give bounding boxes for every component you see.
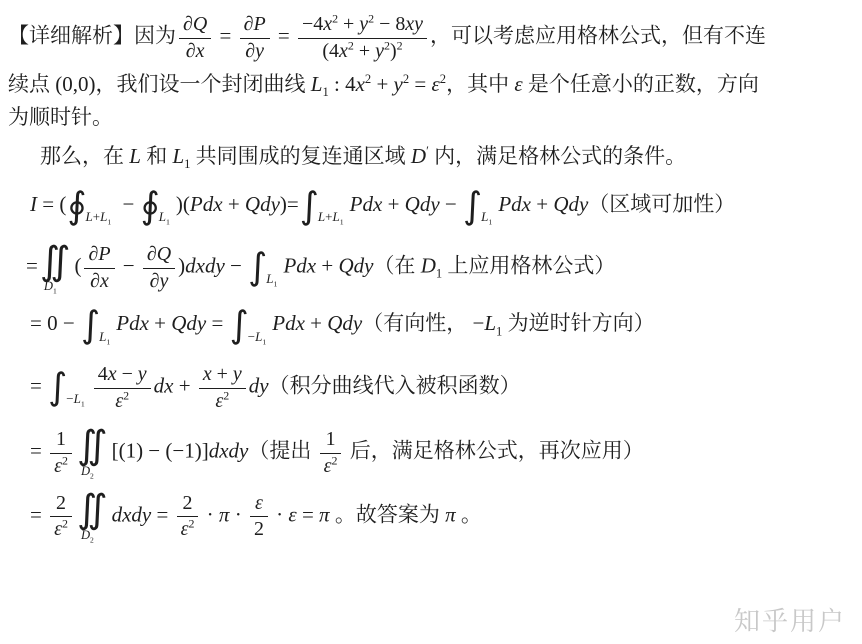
subscript: 2	[90, 535, 94, 544]
fraction: ∂P∂y	[240, 12, 270, 63]
fraction-denominator: ε2	[50, 453, 72, 478]
math-variable: y	[394, 72, 403, 96]
math-variable: ∂P	[244, 13, 266, 35]
math-variable: L	[172, 144, 184, 168]
superscript: 2	[188, 517, 194, 531]
math-variable: ε	[54, 455, 62, 477]
subscript: 1	[274, 280, 278, 289]
math-variable: L	[129, 144, 141, 168]
double-integral-symbol: ∬	[77, 491, 108, 530]
text-run: )	[390, 40, 397, 62]
math-variable: Qdy	[245, 192, 280, 216]
fraction-numerator: ∂P	[84, 242, 114, 268]
superscript: 2	[62, 517, 68, 531]
integral-symbol: ∫	[48, 368, 67, 407]
text-run: ·	[271, 502, 289, 526]
subscript: 1	[488, 218, 492, 227]
text-run: 4	[98, 363, 108, 385]
math-variable: L	[74, 391, 81, 406]
fraction-numerator: ∂P	[240, 12, 270, 38]
text-run: 1	[326, 428, 336, 450]
integral-symbol: ∮	[141, 187, 160, 226]
text-run: 共同围成的复连通区域	[190, 144, 411, 168]
fraction-denominator: ε2	[320, 453, 342, 478]
fraction-numerator: −4x2 + y2 − 8xy	[298, 12, 427, 38]
math-variable: ε	[514, 72, 522, 96]
text-run: =	[30, 373, 47, 397]
subscript: 1	[262, 337, 266, 346]
math-variable: D	[81, 464, 90, 478]
zhihu-user-watermark: 知乎用户	[734, 601, 846, 638]
subscript: 1	[340, 218, 344, 227]
math-variable: L	[311, 72, 323, 96]
text-run: [(1) − (−1)]	[112, 438, 209, 462]
subscript: 1	[107, 218, 111, 227]
text-run: （有向性， −	[362, 311, 484, 335]
math-variable: ε	[288, 502, 296, 526]
math-variable: dxdy	[185, 254, 225, 278]
text-run: (4	[322, 40, 339, 62]
document-page: 【详细解析】因为∂Q∂x = ∂P∂y = −4x2 + y2 − 8xy(4x…	[0, 0, 862, 644]
text-run: 为逆时针方向）	[502, 311, 654, 335]
math-variable: Pdx	[350, 192, 383, 216]
fraction: ε2	[250, 491, 268, 542]
math-variable: ε	[324, 455, 332, 477]
text-run: 内，满足格林公式的条件。	[429, 144, 686, 168]
text-run: =	[409, 72, 431, 96]
fraction-numerator: ∂Q	[179, 12, 211, 38]
text-run: 后，满足格林公式，再次应用）	[344, 438, 643, 462]
superscript: 2	[332, 453, 338, 467]
fraction-denominator: ∂y	[143, 268, 175, 293]
fraction: 2ε2	[177, 491, 199, 542]
text-run: )=	[280, 192, 299, 216]
contour-integral: ∮L1	[141, 187, 173, 226]
math-variable: π	[445, 502, 456, 526]
text-run: （区域可加性）	[588, 192, 735, 216]
math-variable: Pdx	[190, 192, 223, 216]
integral-subscript: −L1	[248, 330, 267, 343]
text-run: ，其中	[446, 72, 514, 96]
line-integral: ∫−L1	[48, 368, 88, 407]
superscript: 2	[123, 388, 129, 402]
double-integral: ∬D2	[77, 427, 108, 477]
math-line: = 0 − ∫L1Pdx + Qdy = ∫−L1Pdx + Qdy（有向性， …	[30, 306, 862, 345]
text-run: 【详细解析】因为	[8, 23, 176, 47]
math-line: 为顺时针。	[8, 104, 862, 131]
math-variable: Pdx	[283, 254, 316, 278]
math-variable: y	[233, 363, 242, 385]
text-run: =	[214, 23, 236, 47]
math-variable: ∂x	[186, 40, 205, 62]
math-variable: D	[44, 279, 53, 293]
text-run: −	[225, 254, 247, 278]
text-run: =	[30, 502, 47, 526]
fraction-denominator: ∂y	[240, 38, 270, 63]
fraction-denominator: ∂x	[179, 38, 211, 63]
text-run: +	[305, 311, 327, 335]
fraction: ∂Q∂y	[143, 242, 175, 293]
math-variable: I	[30, 192, 37, 216]
integral-symbol: ∫	[248, 248, 267, 287]
integral-symbol: ∫	[230, 306, 249, 345]
fraction: 1ε2	[50, 427, 72, 478]
text-run: ·	[201, 502, 219, 526]
text-run: = 0 −	[30, 311, 80, 335]
text-run: +	[531, 192, 553, 216]
math-variable: ∂Q	[183, 13, 207, 35]
solution-content: 【详细解析】因为∂Q∂x = ∂P∂y = −4x2 + y2 − 8xy(4x…	[0, 12, 862, 541]
integral-symbol: ∮	[67, 187, 86, 226]
fraction-denominator: ε2	[50, 516, 72, 541]
integral-subscript: L1	[99, 330, 110, 343]
math-variable: x	[203, 363, 212, 385]
math-variable: y	[359, 13, 368, 35]
math-variable: x	[108, 363, 117, 385]
text-run: 那么，在	[40, 144, 129, 168]
text-run: 和	[141, 144, 173, 168]
math-line: =∬D1(∂P∂x − ∂Q∂y)dxdy − ∫L1Pdx + Qdy（在 D…	[26, 242, 862, 293]
subscript: 1	[106, 337, 110, 346]
text-run: =	[26, 254, 38, 278]
fraction-denominator: (4x2 + y2)2	[298, 38, 427, 63]
line-integral: ∫L1	[248, 248, 280, 287]
double-integral: ∬D2	[77, 491, 108, 541]
text-run: 2	[56, 492, 66, 514]
text-run: +	[212, 363, 233, 385]
subscript: 1	[53, 287, 57, 296]
math-variable: π	[219, 502, 230, 526]
math-line: = 2ε2∬D2dxdy = 2ε2 · π · ε2 · ε = π 。故答案…	[30, 491, 862, 542]
math-variable: D	[421, 254, 436, 278]
text-run: +	[93, 209, 100, 224]
math-variable: ∂Q	[147, 243, 171, 265]
text-run: +	[354, 40, 375, 62]
text-run: −	[440, 192, 462, 216]
fraction: −4x2 + y2 − 8xy(4x2 + y2)2	[298, 12, 427, 63]
math-variable: Qdy	[553, 192, 588, 216]
integral-subscript: L+L1	[318, 210, 344, 223]
fraction-numerator: 2	[50, 491, 72, 517]
text-run: ·	[229, 502, 247, 526]
text-run: =	[273, 23, 295, 47]
math-variable: L	[333, 209, 340, 224]
math-variable: L	[255, 329, 262, 344]
line-integral: ∫L1	[463, 187, 495, 226]
text-run: ，可以考虑应用格林公式，但有不连	[430, 23, 766, 47]
math-variable: ∂x	[90, 270, 109, 292]
text-run: +	[371, 72, 393, 96]
fraction-numerator: 1	[50, 427, 72, 453]
integral-subscript: −L1	[66, 392, 85, 405]
math-variable: ∂y	[150, 270, 169, 292]
math-variable: L	[484, 311, 496, 335]
text-run: +	[382, 192, 404, 216]
math-variable: x	[323, 13, 332, 35]
fraction-numerator: ε	[250, 491, 268, 517]
math-variable: Qdy	[171, 311, 206, 335]
double-integral-symbol: ∬	[40, 243, 71, 282]
fraction-denominator: ε2	[199, 388, 246, 413]
double-integral-symbol: ∬	[77, 427, 108, 466]
double-integral-subscript: D2	[77, 529, 94, 542]
line-integral: ∫−L1	[230, 306, 270, 345]
text-run: +	[338, 13, 359, 35]
text-run: : 4	[329, 72, 356, 96]
math-variable: dy	[249, 373, 269, 397]
math-line: 那么，在 L 和 L1 共同围成的复连通区域 D′ 内，满足格林公式的条件。	[40, 143, 862, 170]
math-line: 续点 (0,0)，我们设一个封闭曲线 L1 : 4x2 + y2 = ε2，其中…	[8, 71, 862, 98]
fraction-numerator: x + y	[199, 362, 246, 388]
text-run: 2	[183, 492, 193, 514]
math-variable: Pdx	[116, 311, 149, 335]
double-integral-subscript: D1	[40, 280, 57, 293]
math-variable: x	[339, 40, 348, 62]
math-variable: Pdx	[272, 311, 305, 335]
math-variable: Qdy	[405, 192, 440, 216]
math-variable: dxdy	[112, 502, 152, 526]
double-integral-subscript: D2	[77, 465, 94, 478]
text-run: =	[206, 311, 228, 335]
math-variable: dx	[154, 373, 174, 397]
text-run: )(	[176, 192, 190, 216]
text-run: −	[118, 254, 140, 278]
text-run: （提出	[248, 438, 316, 462]
fraction: x + yε2	[199, 362, 246, 413]
fraction: ∂P∂x	[84, 242, 114, 293]
text-run: 为顺时针。	[8, 105, 113, 129]
math-variable: Qdy	[338, 254, 373, 278]
text-run: (	[74, 254, 81, 278]
text-run: 上应用格林公式）	[442, 254, 615, 278]
math-line: = 1ε2∬D2[(1) − (−1)]dxdy（提出 1ε2 后，满足格林公式…	[30, 427, 862, 478]
math-variable: ε	[432, 72, 440, 96]
text-run: = (	[37, 192, 66, 216]
math-variable: x	[356, 72, 365, 96]
fraction: ∂Q∂x	[179, 12, 211, 63]
fraction-denominator: 2	[250, 516, 268, 541]
math-line: 【详细解析】因为∂Q∂x = ∂P∂y = −4x2 + y2 − 8xy(4x…	[8, 12, 862, 63]
subscript: 1	[166, 218, 170, 227]
fraction: 4x − yε2	[94, 362, 151, 413]
text-run: −	[117, 192, 139, 216]
integral-symbol: ∫	[463, 187, 482, 226]
text-run: 1	[56, 428, 66, 450]
math-variable: y	[375, 40, 384, 62]
superscript: 2	[62, 453, 68, 467]
text-run: 是个任意小的正数，方向	[523, 72, 759, 96]
text-run: +	[325, 209, 332, 224]
subscript: 2	[90, 471, 94, 480]
integral-subscript: L1	[159, 210, 170, 223]
fraction-numerator: ∂Q	[143, 242, 175, 268]
math-variable: ∂y	[245, 40, 264, 62]
text-run: （在	[373, 254, 420, 278]
integral-symbol: ∫	[300, 187, 319, 226]
fraction-numerator: 2	[177, 491, 199, 517]
fraction: 2ε2	[50, 491, 72, 542]
line-integral: ∫L+L1	[300, 187, 347, 226]
integral-subscript: L+L1	[86, 210, 112, 223]
math-variable: D	[411, 144, 426, 168]
math-variable: Qdy	[327, 311, 362, 335]
text-run: +	[149, 311, 171, 335]
text-run: 续点 (0,0)，我们设一个封闭曲线	[8, 72, 311, 96]
text-run: 。故答案为	[330, 502, 446, 526]
contour-integral: ∮L+L1	[67, 187, 114, 226]
math-variable: π	[319, 502, 330, 526]
fraction-denominator: ε2	[177, 516, 199, 541]
superscript: 2	[223, 388, 229, 402]
text-run: （积分曲线代入被积函数）	[269, 373, 521, 397]
math-variable: ε	[54, 518, 62, 540]
line-integral: ∫L1	[81, 306, 113, 345]
text-run: 。	[456, 502, 482, 526]
fraction-denominator: ε2	[94, 388, 151, 413]
text-run: 2	[254, 518, 264, 540]
text-run: +	[173, 373, 195, 397]
text-run: =	[151, 502, 173, 526]
fraction-denominator: ∂x	[84, 268, 114, 293]
text-run: −	[117, 363, 138, 385]
text-run: +	[223, 192, 245, 216]
math-variable: dxdy	[209, 438, 249, 462]
fraction: 1ε2	[320, 427, 342, 478]
text-run: =	[297, 502, 319, 526]
math-variable: L	[100, 209, 107, 224]
text-run: −4	[302, 13, 323, 35]
math-variable: xy	[405, 13, 423, 35]
math-variable: y	[138, 363, 147, 385]
double-integral: ∬D1	[40, 243, 71, 293]
subscript: 1	[81, 399, 85, 408]
math-variable: ∂P	[88, 243, 110, 265]
fraction-numerator: 1	[320, 427, 342, 453]
math-variable: ε	[115, 390, 123, 412]
integral-symbol: ∫	[81, 306, 100, 345]
text-run: − 8	[374, 13, 405, 35]
math-line: I = (∮L+L1 − ∮L1)(Pdx + Qdy)=∫L+L1Pdx + …	[30, 187, 862, 226]
math-line: = ∫−L14x − yε2dx + x + yε2dy（积分曲线代入被积函数）	[30, 362, 862, 413]
text-run: =	[30, 438, 47, 462]
text-run: +	[316, 254, 338, 278]
integral-subscript: L1	[266, 272, 277, 285]
math-variable: ε	[255, 492, 263, 514]
integral-subscript: L1	[481, 210, 492, 223]
fraction-numerator: 4x − y	[94, 362, 151, 388]
math-variable: D	[81, 528, 90, 542]
superscript: 2	[397, 38, 403, 52]
math-variable: Pdx	[498, 192, 531, 216]
